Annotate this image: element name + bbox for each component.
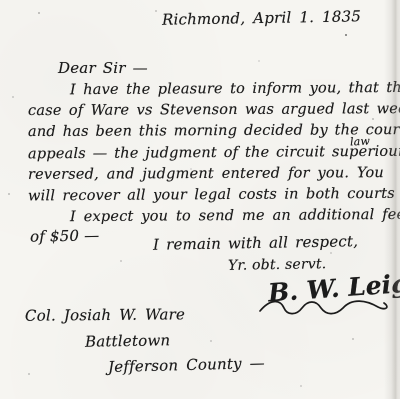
body-line: of $50 — xyxy=(30,226,100,245)
recipient-town: Battletown xyxy=(85,331,171,350)
body-line: appeals — the judgment of the circuit su… xyxy=(28,144,400,163)
body-line: I expect you to send me an additional fe… xyxy=(70,207,400,225)
interlinear-insertion: law xyxy=(350,134,371,148)
letter-scan: Richmond, April 1. 1835 Dear Sir — I hav… xyxy=(0,0,400,399)
recipient-name: Col. Josiah W. Ware xyxy=(25,305,185,324)
salutation: Dear Sir — xyxy=(58,59,148,77)
signoff-line: Yr. obt. servt. xyxy=(228,256,327,274)
page-edge-shadow xyxy=(384,0,400,399)
body-line: I have the pleasure to inform you, that … xyxy=(70,80,400,98)
closing-line: I remain with all respect, xyxy=(153,232,358,254)
dateline: Richmond, April 1. 1835 xyxy=(162,7,361,28)
signature-flourish xyxy=(256,295,394,323)
body-line: and has been this morning decided by the… xyxy=(28,122,400,140)
body-line: case of Ware vs Stevenson was argued las… xyxy=(28,101,400,119)
body-line: reversed, and judgment entered for you. … xyxy=(28,165,384,183)
recipient-county: Jefferson County — xyxy=(108,354,265,376)
scan-speckles xyxy=(0,0,2,2)
body-line: will recover all your legal costs in bot… xyxy=(28,186,400,205)
